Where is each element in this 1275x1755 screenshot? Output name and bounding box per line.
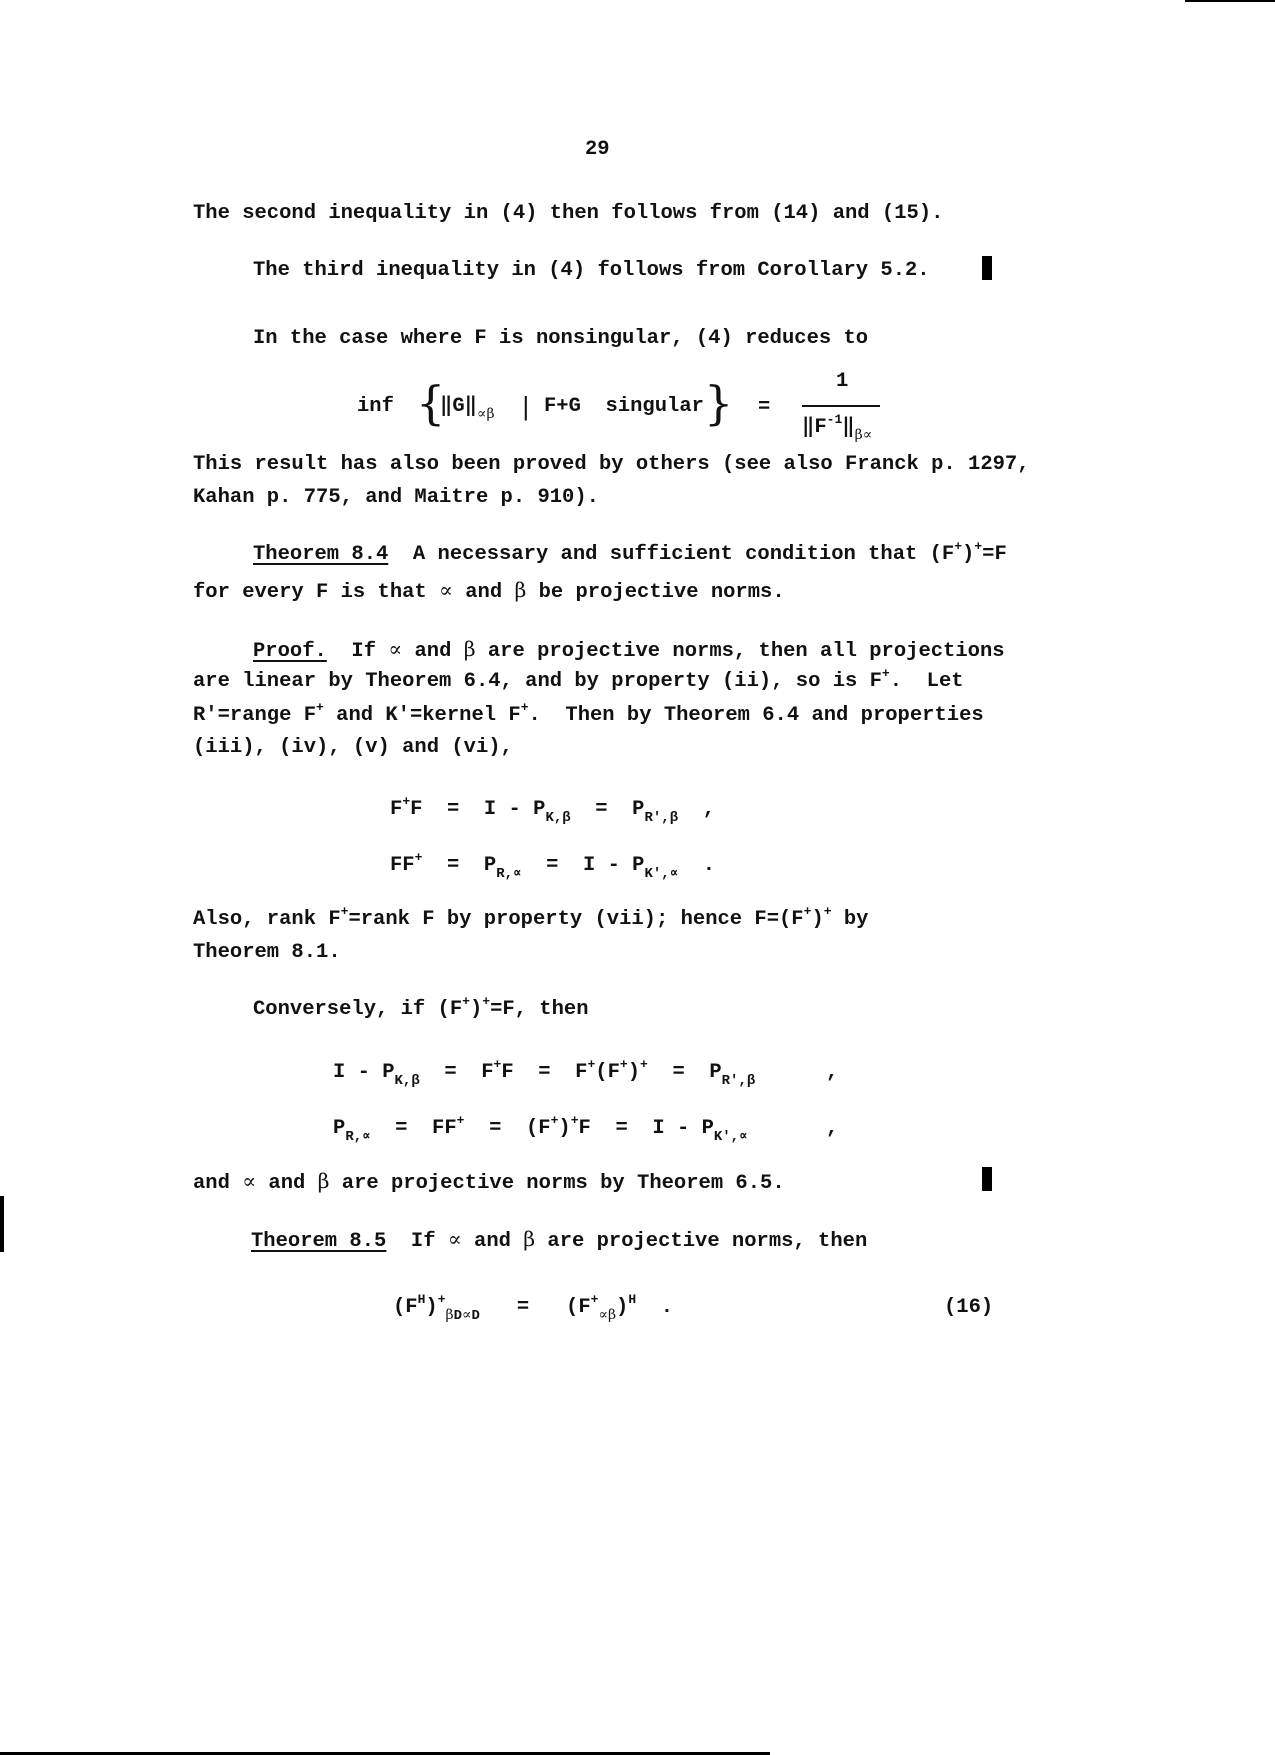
equation-converse-2: PR,∝ = FF+ = (F+)+F = I - PK',∝ <box>333 1119 748 1140</box>
paragraph-nonsingular: In the case where F is nonsingular, (4) … <box>253 329 868 350</box>
paragraph-third-inequality: The third inequality in (4) follows from… <box>253 261 930 282</box>
proof-label: Proof. <box>253 640 327 663</box>
eq-denominator: ‖F-1‖β∝ <box>802 418 872 439</box>
theorem-8-4: Theorem 8.4 A necessary and sufficient c… <box>253 545 1007 566</box>
eq-equals: = <box>758 398 770 419</box>
equation-converse-1: I - PK,β = F+F = F+(F+)+ = PR',β <box>333 1063 755 1084</box>
theorem-8-5-label: Theorem 8.5 <box>251 1230 386 1253</box>
comma-2: , <box>826 1119 838 1140</box>
conversely-line: Conversely, if (F+)+=F, then <box>253 1000 589 1021</box>
qed-mark <box>982 256 992 280</box>
comma-1: , <box>826 1063 838 1084</box>
paragraph-second-inequality: The second inequality in (4) then follow… <box>193 204 943 225</box>
qed-mark <box>982 1167 992 1191</box>
eq-bar: | <box>518 395 534 421</box>
right-brace: } <box>704 380 733 426</box>
theorem-8-5: Theorem 8.5 If ∝ and β are projective no… <box>251 1229 867 1253</box>
fraction-bar <box>802 405 880 407</box>
equation-16: (FH)+βD∝D = (F+∝β)H . <box>393 1298 673 1319</box>
eq-norm-g: ‖G‖∝β <box>440 397 495 418</box>
also-line2: Theorem 8.1. <box>193 943 341 964</box>
page-number: 29 <box>585 140 610 161</box>
proof-line3: R'=range F+ and K'=kernel F+. Then by Th… <box>193 706 984 727</box>
equation-number-16: (16) <box>944 1298 993 1319</box>
proof-line4: (iii), (iv), (v) and (vi), <box>193 738 513 759</box>
eq-numerator: 1 <box>836 372 848 393</box>
also-line1: Also, rank F+=rank F by property (vii); … <box>193 910 868 931</box>
theorem-8-4-line2: for every F is that ∝ and β be projectiv… <box>193 580 785 604</box>
paragraph-result-line2: Kahan p. 775, and Maitre p. 910). <box>193 488 599 509</box>
theorem-8-4-label: Theorem 8.4 <box>253 543 388 566</box>
scan-edge-top <box>1185 0 1275 2</box>
equation-fplus-f: F+F = I - PK,β = PR',β , <box>390 800 715 821</box>
proof-conclusion: and ∝ and β are projective norms by Theo… <box>193 1171 785 1195</box>
scan-edge-left <box>0 1196 4 1252</box>
paragraph-result-line1: This result has also been proved by othe… <box>193 455 1030 476</box>
proof-line2: are linear by Theorem 6.4, and by proper… <box>193 672 964 693</box>
eq-inf-word: inf <box>357 397 394 418</box>
equation-f-fplus: FF+ = PR,∝ = I - PK',∝ . <box>390 856 715 877</box>
proof-line1: Proof. If ∝ and β are projective norms, … <box>253 639 1005 663</box>
eq-condition: F+G singular <box>544 397 704 418</box>
